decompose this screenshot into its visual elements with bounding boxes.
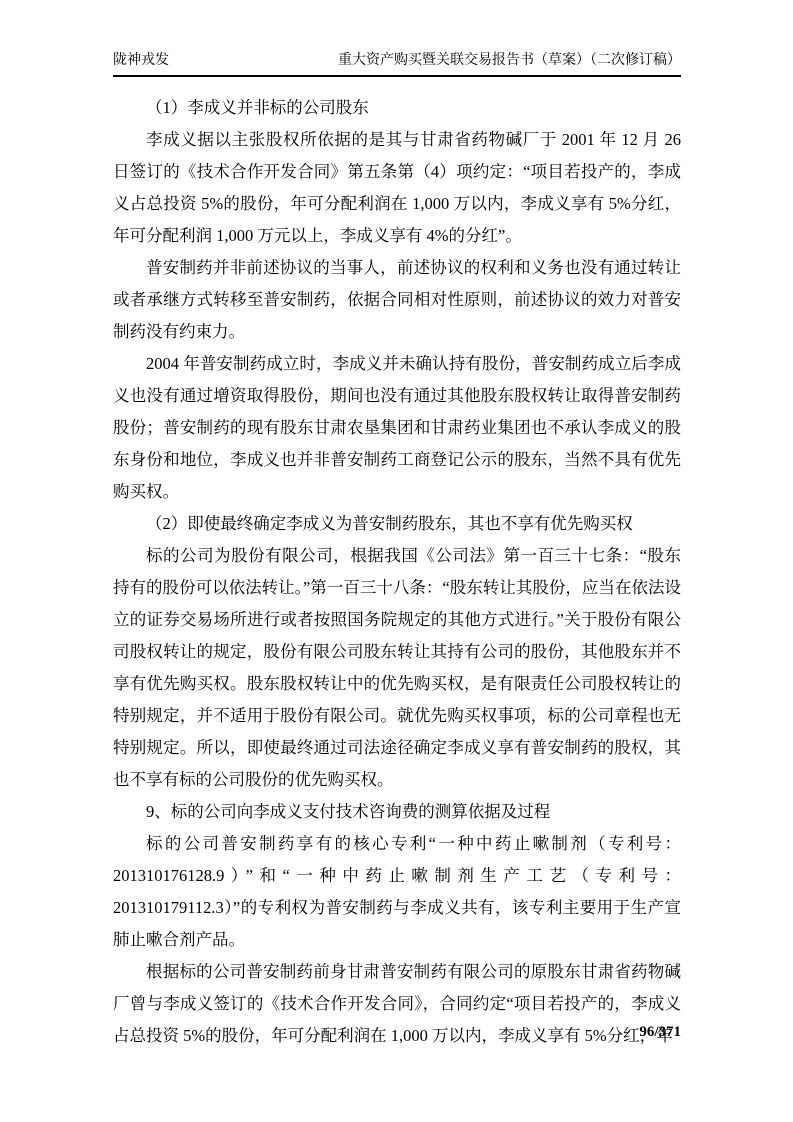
section-heading-1: （1）李成义并非标的公司股东	[113, 92, 681, 124]
header-company-name: 陇神戎发	[113, 52, 169, 70]
section-heading-2: （2）即使最终确定李成义为普安制药股东，其也不享有优先购买权	[113, 508, 681, 540]
paragraph-2004-founding: 2004 年普安制药成立时，李成义并未确认持有股份，普安制药成立后李成义也没有通…	[113, 348, 681, 508]
document-page: 陇神戎发 重大资产购买暨关联交易报告书（草案）（二次修订稿） （1）李成义并非标…	[0, 0, 793, 1122]
paragraph-claim-basis: 李成义据以主张股权所依据的是其与甘肃省药物碱厂于 2001 年 12 月 26 …	[113, 124, 681, 252]
header-report-title: 重大资产购买暨关联交易报告书（草案）（二次修订稿）	[338, 52, 681, 70]
paragraph-core-patents: 标的公司普安制药享有的核心专利“一种中药止嗽制剂（专利号：20131017612…	[113, 828, 681, 956]
page-number: 96/371	[639, 1024, 681, 1040]
section-heading-9: 9、标的公司向李成义支付技术咨询费的测算依据及过程	[113, 796, 681, 828]
paragraph-not-party: 普安制药并非前述协议的当事人，前述协议的权利和义务也没有通过转让或者承继方式转移…	[113, 252, 681, 348]
page-footer: 96/371	[639, 1022, 681, 1042]
page-header: 陇神戎发 重大资产购买暨关联交易报告书（草案）（二次修订稿）	[113, 52, 681, 77]
document-body: （1）李成义并非标的公司股东 李成义据以主张股权所依据的是其与甘肃省药物碱厂于 …	[113, 92, 681, 1052]
paragraph-tech-contract: 根据标的公司普安制药前身甘肃普安制药有限公司的原股东甘肃省药物碱厂曾与李成义签订…	[113, 956, 681, 1052]
paragraph-company-law: 标的公司为股份有限公司，根据我国《公司法》第一百三十七条：“股东持有的股份可以依…	[113, 540, 681, 796]
